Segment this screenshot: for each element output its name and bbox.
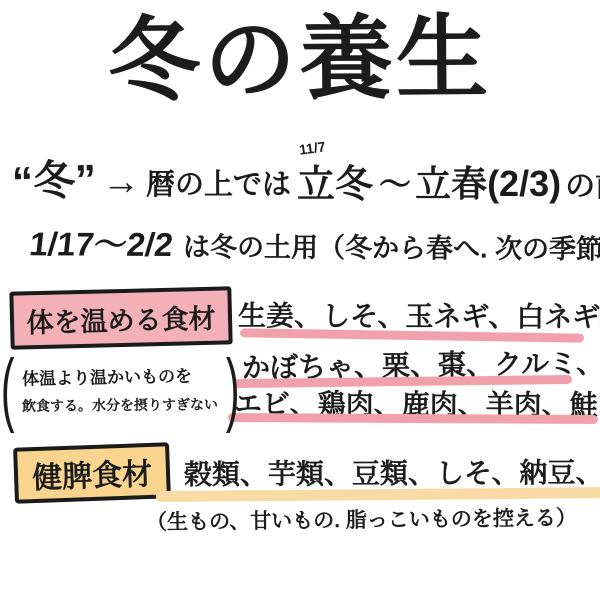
warming-tip-line-2: 飲食する。水分を摂りすぎない <box>22 394 218 416</box>
paren-close-glyph: ) <box>226 348 240 430</box>
ritto-date-annotation: 11/7 <box>298 138 326 158</box>
paren-open-glyph: ( <box>1 348 15 430</box>
spleen-foods-label-box: 健脾食材 <box>13 442 171 503</box>
warming-tip-text: 体温より温かいものを 飲食する。水分を摂りすぎない <box>21 363 219 415</box>
doyo-period-line: 1/17〜2/2 は冬の土用（冬から春へ. 次の季節への準 <box>30 218 600 268</box>
page-title: 冬の養生 <box>40 6 561 116</box>
range-tilde: 〜 <box>379 159 411 208</box>
ritto-label: 立冬 <box>297 164 373 206</box>
calendar-definition-line: “冬” → 暦の上では 11/7 立冬 〜 立春(2/3) の前日 <box>12 148 600 208</box>
definition-tail-text: の前日 <box>565 161 600 208</box>
pink-marker-underline-3 <box>228 413 598 424</box>
definition-lead-text: 暦の上では <box>146 162 291 208</box>
spleen-tip-note: （生もの、甘いもの. 脂っこいものを控える） <box>146 502 577 537</box>
doyo-dates: 1/17〜2/2 <box>27 218 175 266</box>
handwritten-note: 冬の養生 “冬” → 暦の上では 11/7 立冬 〜 立春(2/3) の前日 1… <box>0 0 600 600</box>
quoted-winter-term: “冬” <box>11 147 97 210</box>
arrow-right-icon: → <box>100 161 142 208</box>
warming-foods-label-box: 体を温める食材 <box>9 286 232 349</box>
doyo-text: は冬の土用（冬から春へ. 次の季節への準 <box>183 225 600 269</box>
risshun-term: 立春(2/3) <box>415 156 561 208</box>
warming-tip-note: ( 体温より温かいものを 飲食する。水分を摂りすぎない ) <box>0 348 240 430</box>
warming-tip-line-1: 体温より温かいものを <box>22 361 218 389</box>
ritto-term: 11/7 立冬 <box>295 153 375 208</box>
